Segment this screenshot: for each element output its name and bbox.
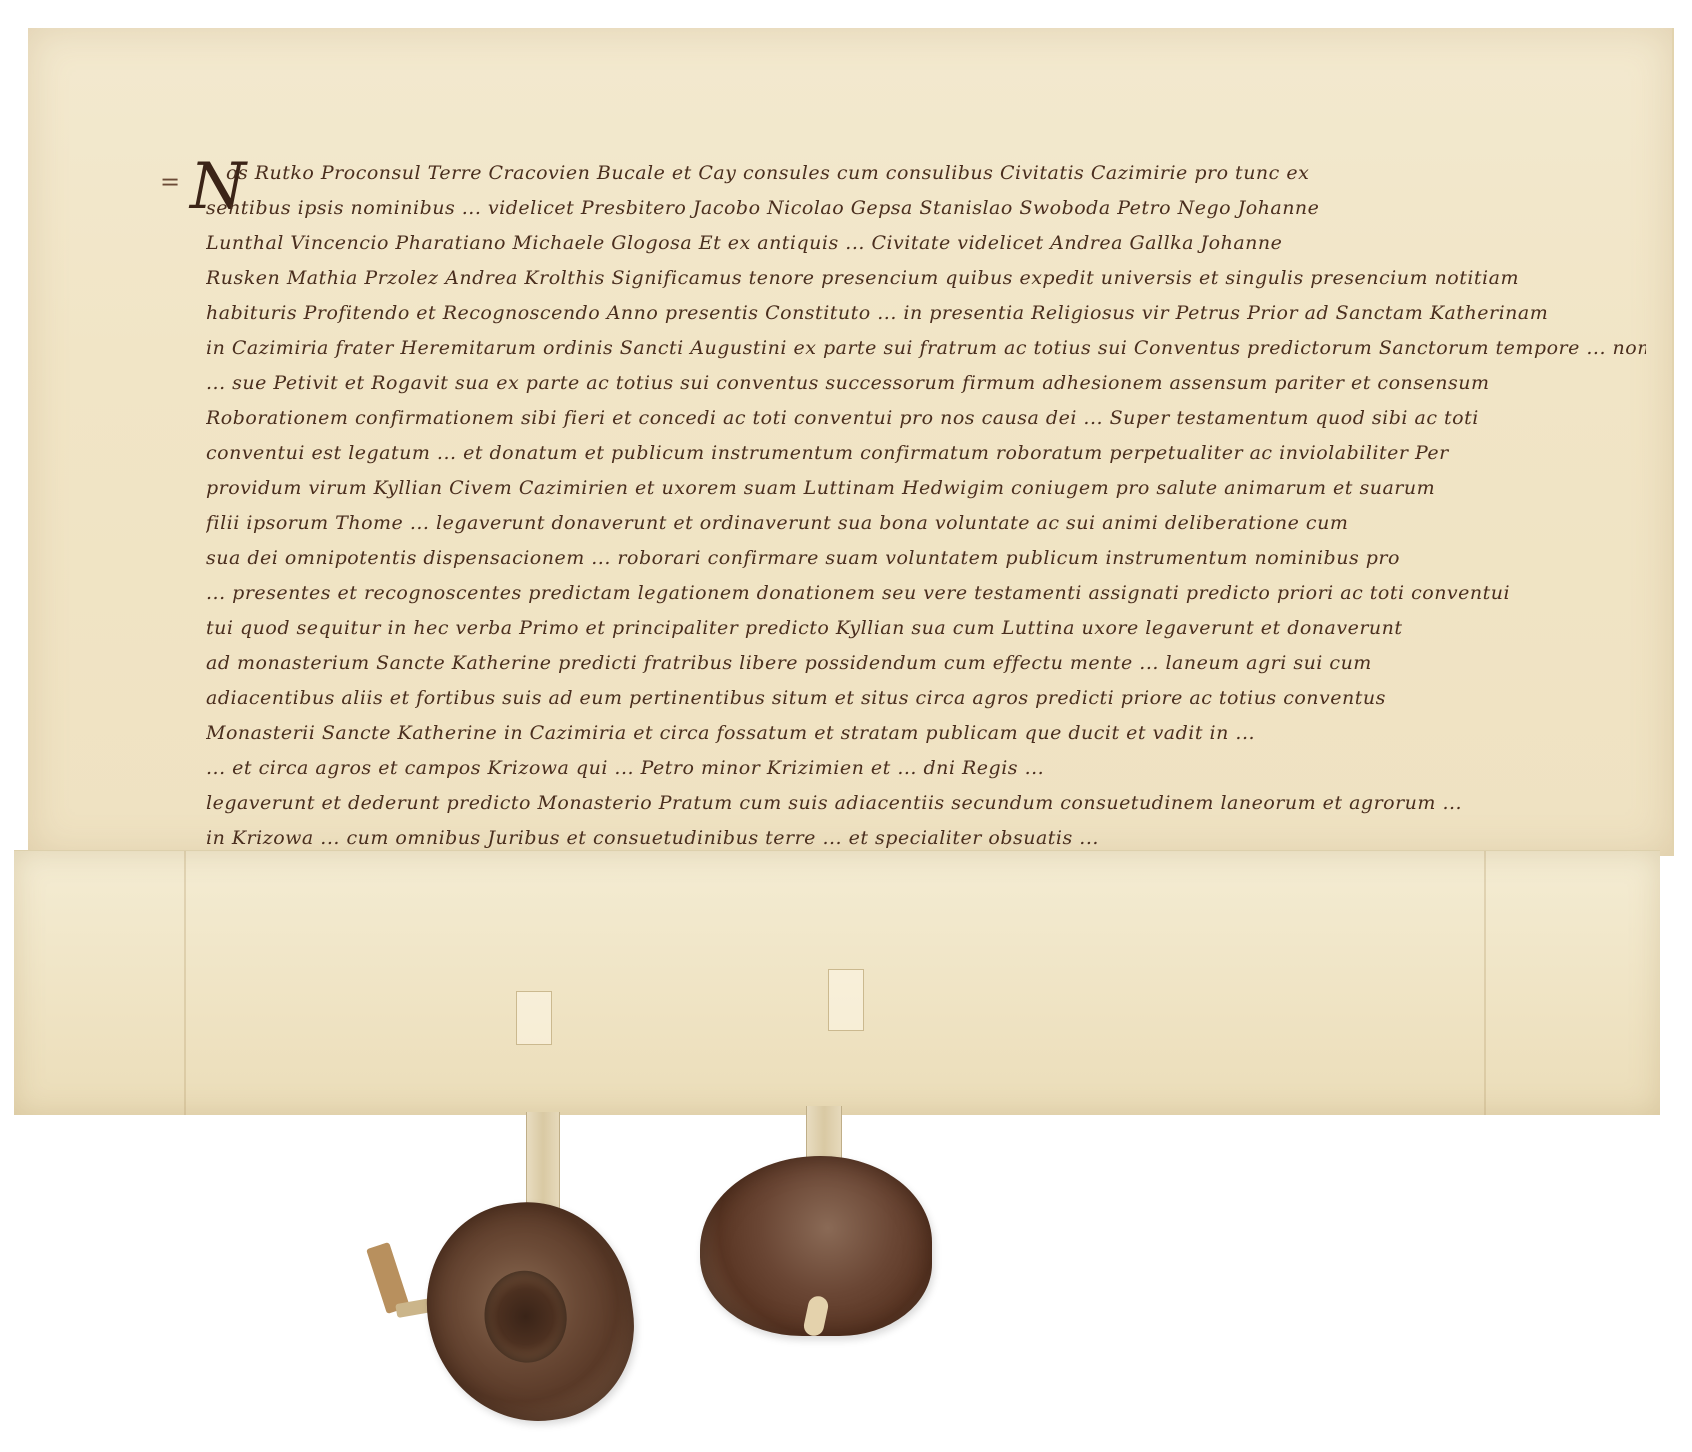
text-line: ... et circa agros et campos Krizowa qui… [206, 751, 1646, 786]
text-line: os Rutko Proconsul Terre Cracovien Bucal… [206, 156, 1646, 191]
text-line: providum virum Kyllian Civem Cazimirien … [206, 471, 1646, 506]
text-line: habituris Profitendo et Recognoscendo An… [206, 296, 1646, 331]
text-line: sua dei omnipotentis dispensacionem ... … [206, 541, 1646, 576]
wax-seal-left [414, 1189, 647, 1435]
text-line: conventui est legatum ... et donatum et … [206, 436, 1646, 471]
text-line: Lunthal Vincencio Pharatiano Michaele Gl… [206, 226, 1646, 261]
text-line: Rusken Mathia Przolez Andrea Krolthis Si… [206, 261, 1646, 296]
text-line: sentibus ipsis nominibus ... videlicet P… [206, 191, 1646, 226]
text-line: filii ipsorum Thome ... legaverunt donav… [206, 506, 1646, 541]
text-line: Monasterii Sancte Katherine in Cazimiria… [206, 716, 1646, 751]
margin-mark: = [160, 168, 180, 196]
seal-tag-slit-left [516, 991, 552, 1045]
seal-tag-slit-right [828, 969, 864, 1031]
text-line: Roborationem confirmationem sibi fieri e… [206, 401, 1646, 436]
text-line: ad monasterium Sancte Katherine predicti… [206, 646, 1646, 681]
fold-crease [184, 851, 186, 1115]
text-line: adiacentibus aliis et fortibus suis ad e… [206, 681, 1646, 716]
plica-fold [14, 850, 1660, 1115]
text-line: ... presentes et recognoscentes predicta… [206, 576, 1646, 611]
text-line: tui quod sequitur in hec verba Primo et … [206, 611, 1646, 646]
text-line: in Cazimiria frater Heremitarum ordinis … [206, 331, 1646, 366]
text-line: legaverunt et dederunt predicto Monaster… [206, 786, 1646, 821]
fold-crease [1484, 851, 1486, 1115]
text-line: ... sue Petivit et Rogavit sua ex parte … [206, 366, 1646, 401]
seal-impression [479, 1265, 573, 1368]
